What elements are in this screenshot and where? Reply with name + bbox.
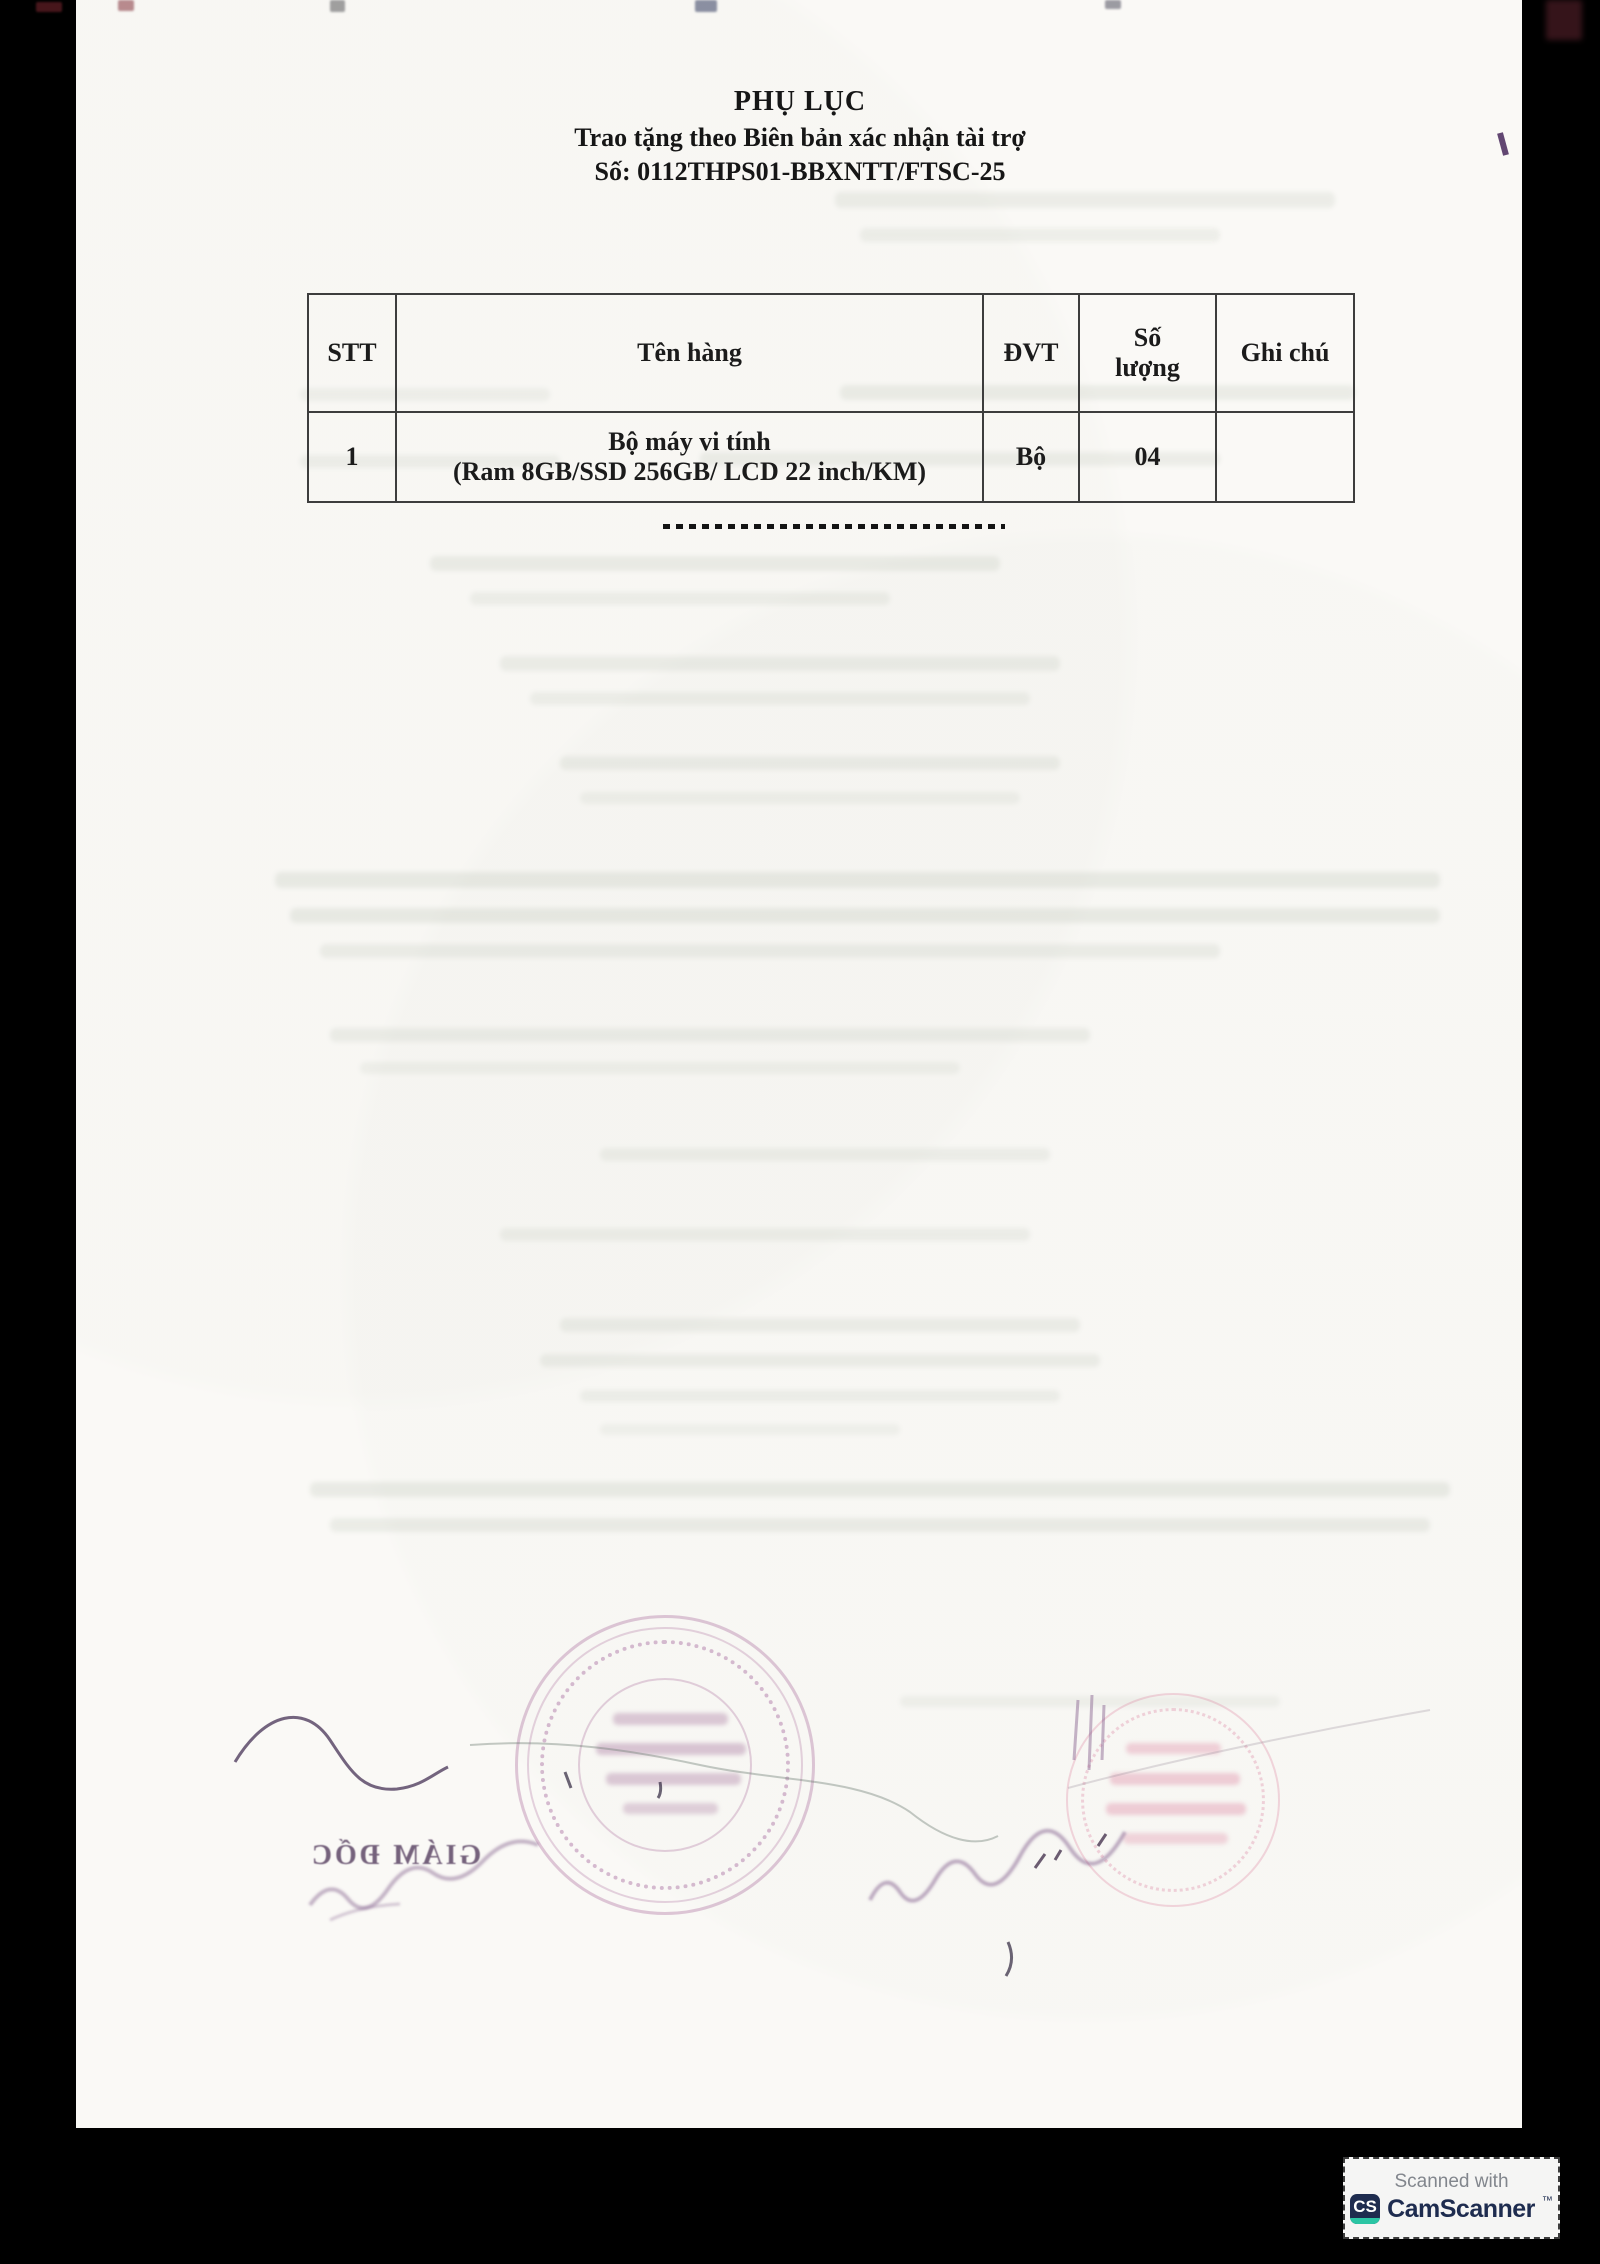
cell-dvt: Bộ — [984, 413, 1080, 501]
bleedthrough-line — [560, 1318, 1080, 1332]
director-label-mirrored: GIÁM ĐỐC — [290, 1840, 500, 1872]
table-header-row: STT Tên hàng ĐVT Số lượng Ghi chú — [309, 295, 1353, 413]
item-spec: (Ram 8GB/SSD 256GB/ LCD 22 inch/KM) — [453, 457, 926, 487]
bleedthrough-line — [430, 556, 1000, 571]
bleedthrough-line — [600, 1148, 1050, 1161]
page-title: PHỤ LỤC — [200, 86, 1400, 118]
camscanner-name: CamScanner — [1387, 2197, 1535, 2222]
page-subtitle: Trao tặng theo Biên bản xác nhận tài trợ — [200, 123, 1400, 153]
scanned-document: PHỤ LỤC Trao tặng theo Biên bản xác nhận… — [0, 0, 1600, 2264]
scan-artifact — [1546, 0, 1582, 40]
bleedthrough-line — [560, 756, 1060, 770]
stamp-ring-text — [1081, 1708, 1265, 1892]
cell-ten-hang: Bộ máy vi tính (Ram 8GB/SSD 256GB/ LCD 2… — [397, 413, 984, 501]
cell-ghi-chu — [1217, 413, 1353, 501]
bleedthrough-line — [275, 872, 1440, 888]
table-row: 1 Bộ máy vi tính (Ram 8GB/SSD 256GB/ LCD… — [309, 413, 1353, 501]
scan-artifact — [36, 2, 62, 12]
company-stamp-bleedthrough — [515, 1615, 815, 1915]
stamp-inner-circle — [578, 1678, 752, 1852]
agency-stamp-bleedthrough — [1066, 1693, 1280, 1907]
cell-so-luong: 04 — [1080, 413, 1217, 501]
item-name: Bộ máy vi tính — [608, 427, 771, 457]
bleedthrough-line — [330, 1028, 1090, 1042]
bleedthrough-line — [530, 692, 1030, 705]
header-stt: STT — [309, 295, 397, 411]
scan-artifact — [695, 0, 717, 12]
cell-stt: 1 — [309, 413, 397, 501]
header-ten-hang: Tên hàng — [397, 295, 984, 411]
bleedthrough-line — [860, 228, 1220, 242]
scan-artifact — [330, 0, 345, 12]
camscanner-watermark: Scanned with CS CamScanner ™ — [1343, 2157, 1560, 2239]
scan-artifact — [118, 0, 134, 11]
trademark-symbol: ™ — [1542, 2196, 1553, 2207]
document-header: PHỤ LỤC Trao tặng theo Biên bản xác nhận… — [200, 86, 1400, 187]
bleedthrough-line — [580, 792, 1020, 804]
bleedthrough-line — [500, 656, 1060, 671]
header-dvt: ĐVT — [984, 295, 1080, 411]
bleedthrough-line — [835, 192, 1335, 208]
header-so-luong: Số lượng — [1080, 295, 1217, 411]
bleedthrough-line — [600, 1424, 900, 1435]
scan-artifact — [1105, 0, 1121, 9]
scanned-with-label: Scanned with — [1394, 2172, 1508, 2191]
bleedthrough-line — [330, 1518, 1430, 1532]
header-ghi-chu: Ghi chú — [1217, 295, 1353, 411]
bleedthrough-line — [320, 944, 1220, 958]
bleedthrough-line — [360, 1062, 960, 1074]
goods-table: STT Tên hàng ĐVT Số lượng Ghi chú 1 Bộ m… — [307, 293, 1355, 503]
bleedthrough-line — [290, 908, 1440, 923]
bleedthrough-line — [500, 1228, 1030, 1241]
bleedthrough-line — [580, 1390, 1060, 1402]
bleedthrough-line — [470, 592, 890, 605]
bleedthrough-line — [310, 1482, 1450, 1497]
document-number: Số: 0112THPS01-BBXNTT/FTSC-25 — [200, 157, 1400, 187]
camscanner-logo-icon: CS — [1350, 2194, 1380, 2224]
bleedthrough-line — [540, 1354, 1100, 1367]
dashed-underline — [663, 524, 1005, 529]
